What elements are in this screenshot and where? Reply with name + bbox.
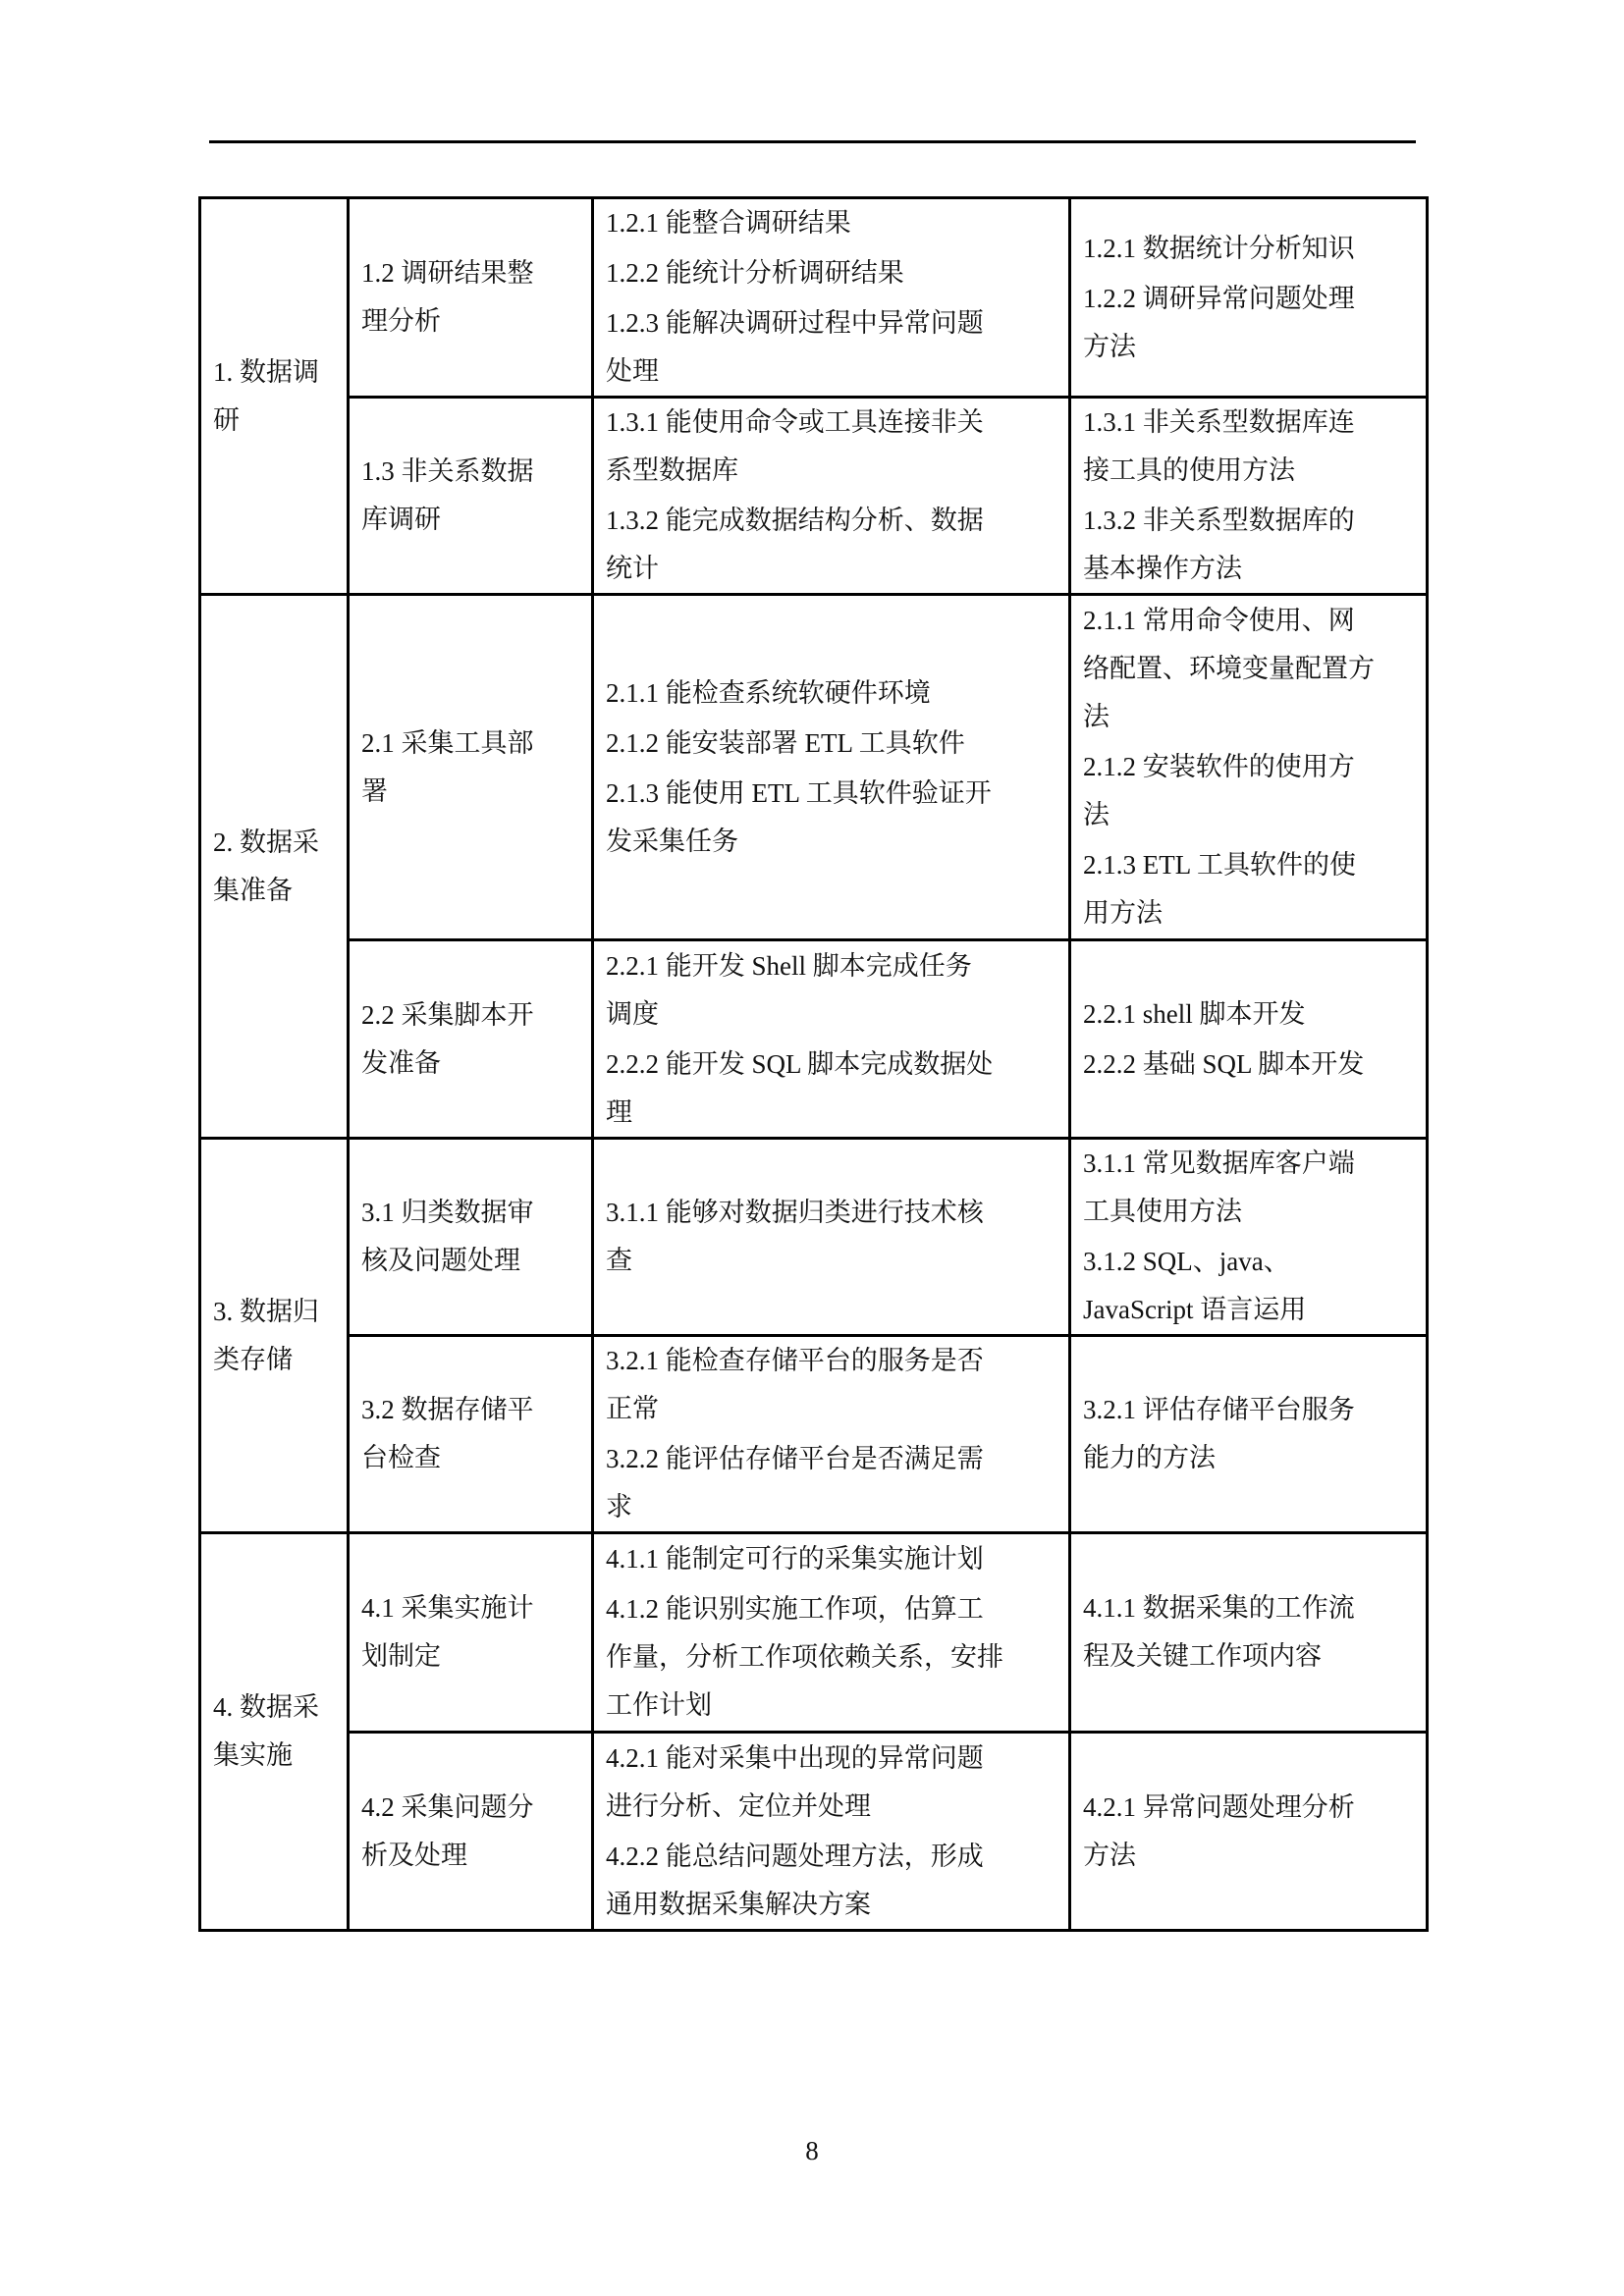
- table-row: 3. 数据归 类存储 3.1 归类数据审 核及问题处理 3.1.1 能够对数据归…: [200, 1139, 1428, 1336]
- knowledge-cell-2-2: 2.2.1 shell 脚本开发2.2.2 基础 SQL 脚本开发: [1070, 940, 1428, 1139]
- skills-cell-3-1: 3.1.1 能够对数据归类进行技术核 查: [593, 1139, 1070, 1336]
- header-rule: [209, 140, 1416, 143]
- skills-cell-2-2: 2.2.1 能开发 Shell 脚本完成任务 调度2.2.2 能开发 SQL 脚…: [593, 940, 1070, 1139]
- subcategory-cell-1-2: 1.2 调研结果整 理分析: [349, 198, 593, 398]
- list-item: 1.2.1 数据统计分析知识: [1083, 225, 1414, 273]
- list-item: 4.2.1 异常问题处理分析 方法: [1083, 1784, 1414, 1880]
- list-item: 2.1.3 ETL 工具软件的使 用方法: [1083, 841, 1414, 937]
- knowledge-cell-3-1: 3.1.1 常见数据库客户端 工具使用方法3.1.2 SQL、java、 Jav…: [1070, 1139, 1428, 1336]
- category-cell-2: 2. 数据采 集准备: [200, 595, 349, 1139]
- subcategory-cell-3-1: 3.1 归类数据审 核及问题处理: [349, 1139, 593, 1336]
- list-item: 1.2.1 能整合调研结果: [606, 199, 1056, 247]
- table-row: 4. 数据采 集实施 4.1 采集实施计 划制定 4.1.1 能制定可行的采集实…: [200, 1533, 1428, 1733]
- list-item: 3.2.1 评估存储平台服务 能力的方法: [1083, 1386, 1414, 1482]
- subcategory-cell-1-3: 1.3 非关系数据 库调研: [349, 398, 593, 595]
- list-item: 4.1.1 能制定可行的采集实施计划: [606, 1535, 1056, 1583]
- list-item: 2.1.2 能安装部署 ETL 工具软件: [606, 720, 1056, 768]
- table-row: 3.2 数据存储平 台检查 3.2.1 能检查存储平台的服务是否 正常3.2.2…: [200, 1336, 1428, 1533]
- knowledge-cell-1-3: 1.3.1 非关系型数据库连 接工具的使用方法1.3.2 非关系型数据库的 基本…: [1070, 398, 1428, 595]
- table-row: 2.2 采集脚本开 发准备 2.2.1 能开发 Shell 脚本完成任务 调度2…: [200, 940, 1428, 1139]
- list-item: 4.2.2 能总结问题处理方法，形成 通用数据采集解决方案: [606, 1833, 1056, 1929]
- skills-cell-1-2: 1.2.1 能整合调研结果1.2.2 能统计分析调研结果1.2.3 能解决调研过…: [593, 198, 1070, 398]
- table-row: 1. 数据调 研 1.2 调研结果整 理分析 1.2.1 能整合调研结果1.2.…: [200, 198, 1428, 398]
- document-page: 1. 数据调 研 1.2 调研结果整 理分析 1.2.1 能整合调研结果1.2.…: [0, 0, 1624, 2296]
- list-item: 4.1.2 能识别实施工作项，估算工 作量，分析工作项依赖关系，安排 工作计划: [606, 1585, 1056, 1730]
- knowledge-cell-4-1: 4.1.1 数据采集的工作流 程及关键工作项内容: [1070, 1533, 1428, 1733]
- table-row: 2. 数据采 集准备 2.1 采集工具部 署 2.1.1 能检查系统软硬件环境2…: [200, 595, 1428, 940]
- list-item: 2.2.2 基础 SQL 脚本开发: [1083, 1041, 1414, 1089]
- table-row: 1.3 非关系数据 库调研 1.3.1 能使用命令或工具连接非关 系型数据库1.…: [200, 398, 1428, 595]
- page-number: 8: [0, 2136, 1624, 2166]
- list-item: 1.2.2 调研异常问题处理 方法: [1083, 275, 1414, 371]
- subcategory-cell-2-2: 2.2 采集脚本开 发准备: [349, 940, 593, 1139]
- list-item: 1.2.2 能统计分析调研结果: [606, 249, 1056, 297]
- category-cell-1: 1. 数据调 研: [200, 198, 349, 595]
- subcategory-cell-4-2: 4.2 采集问题分 析及处理: [349, 1733, 593, 1931]
- list-item: 4.2.1 能对采集中出现的异常问题 进行分析、定位并处理: [606, 1735, 1056, 1831]
- category-cell-4: 4. 数据采 集实施: [200, 1533, 349, 1931]
- skills-cell-2-1: 2.1.1 能检查系统软硬件环境2.1.2 能安装部署 ETL 工具软件2.1.…: [593, 595, 1070, 940]
- list-item: 2.1.2 安装软件的使用方 法: [1083, 743, 1414, 839]
- list-item: 1.3.1 能使用命令或工具连接非关 系型数据库: [606, 399, 1056, 495]
- subcategory-cell-2-1: 2.1 采集工具部 署: [349, 595, 593, 940]
- occupational-skill-table: 1. 数据调 研 1.2 调研结果整 理分析 1.2.1 能整合调研结果1.2.…: [198, 196, 1429, 1932]
- list-item: 3.1.1 能够对数据归类进行技术核 查: [606, 1189, 1056, 1285]
- knowledge-cell-4-2: 4.2.1 异常问题处理分析 方法: [1070, 1733, 1428, 1931]
- knowledge-cell-1-2: 1.2.1 数据统计分析知识1.2.2 调研异常问题处理 方法: [1070, 198, 1428, 398]
- skills-cell-3-2: 3.2.1 能检查存储平台的服务是否 正常3.2.2 能评估存储平台是否满足需 …: [593, 1336, 1070, 1533]
- table-row: 4.2 采集问题分 析及处理 4.2.1 能对采集中出现的异常问题 进行分析、定…: [200, 1733, 1428, 1931]
- subcategory-cell-3-2: 3.2 数据存储平 台检查: [349, 1336, 593, 1533]
- list-item: 3.2.2 能评估存储平台是否满足需 求: [606, 1435, 1056, 1531]
- list-item: 1.2.3 能解决调研过程中异常问题 处理: [606, 299, 1056, 396]
- list-item: 3.1.1 常见数据库客户端 工具使用方法: [1083, 1140, 1414, 1236]
- list-item: 1.3.2 能完成数据结构分析、数据 统计: [606, 497, 1056, 593]
- subcategory-cell-4-1: 4.1 采集实施计 划制定: [349, 1533, 593, 1733]
- list-item: 2.1.1 常用命令使用、网 络配置、环境变量配置方 法: [1083, 597, 1414, 741]
- list-item: 2.2.2 能开发 SQL 脚本完成数据处 理: [606, 1041, 1056, 1137]
- list-item: 3.2.1 能检查存储平台的服务是否 正常: [606, 1337, 1056, 1433]
- knowledge-cell-3-2: 3.2.1 评估存储平台服务 能力的方法: [1070, 1336, 1428, 1533]
- skills-cell-4-2: 4.2.1 能对采集中出现的异常问题 进行分析、定位并处理4.2.2 能总结问题…: [593, 1733, 1070, 1931]
- list-item: 2.2.1 能开发 Shell 脚本完成任务 调度: [606, 942, 1056, 1039]
- list-item: 1.3.1 非关系型数据库连 接工具的使用方法: [1083, 399, 1414, 495]
- skills-cell-4-1: 4.1.1 能制定可行的采集实施计划4.1.2 能识别实施工作项，估算工 作量，…: [593, 1533, 1070, 1733]
- list-item: 2.1.1 能检查系统软硬件环境: [606, 669, 1056, 718]
- list-item: 2.1.3 能使用 ETL 工具软件验证开 发采集任务: [606, 770, 1056, 866]
- list-item: 1.3.2 非关系型数据库的 基本操作方法: [1083, 497, 1414, 593]
- skills-cell-1-3: 1.3.1 能使用命令或工具连接非关 系型数据库1.3.2 能完成数据结构分析、…: [593, 398, 1070, 595]
- knowledge-cell-2-1: 2.1.1 常用命令使用、网 络配置、环境变量配置方 法2.1.2 安装软件的使…: [1070, 595, 1428, 940]
- list-item: 4.1.1 数据采集的工作流 程及关键工作项内容: [1083, 1584, 1414, 1681]
- category-cell-3: 3. 数据归 类存储: [200, 1139, 349, 1533]
- list-item: 3.1.2 SQL、java、 JavaScript 语言运用: [1083, 1238, 1414, 1334]
- list-item: 2.2.1 shell 脚本开发: [1083, 990, 1414, 1039]
